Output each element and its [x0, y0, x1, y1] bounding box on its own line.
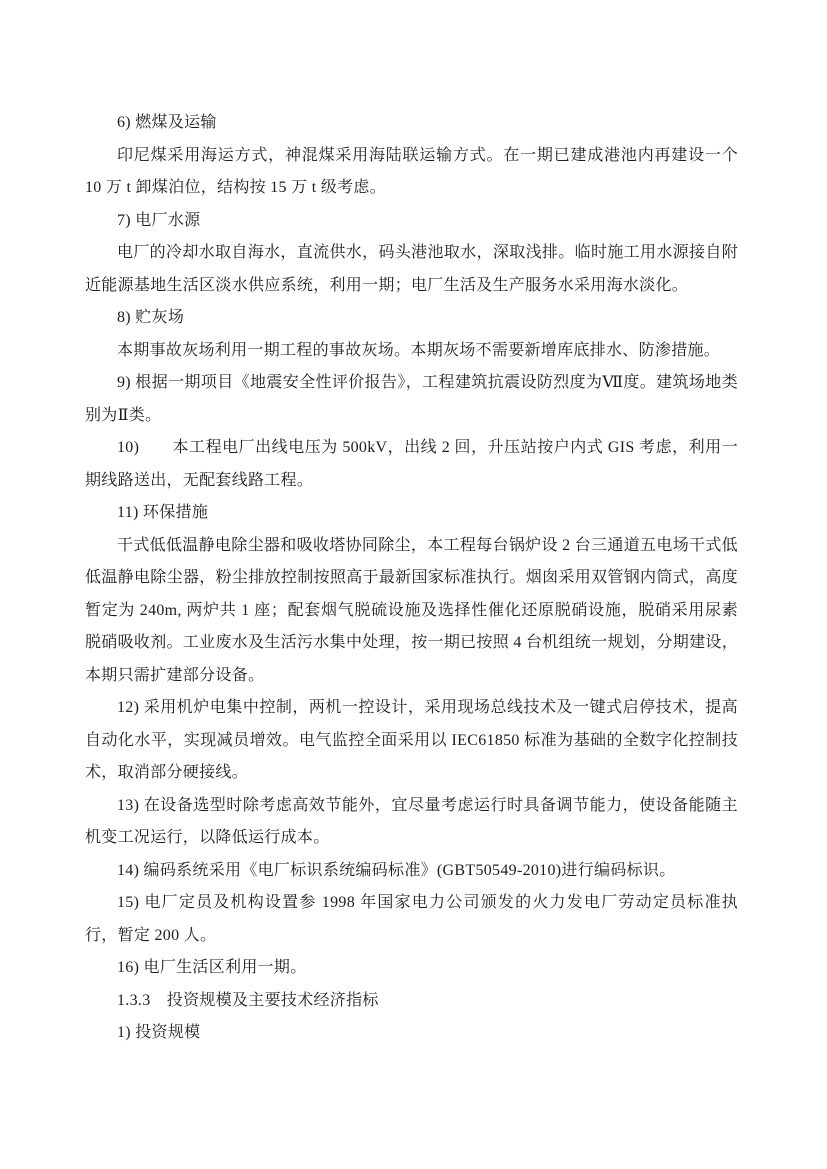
list-item-heading-8: 8) 贮灰场 — [85, 302, 738, 335]
paragraph-fuel-transport: 印尼煤采用海运方式，神混煤采用海陆联运输方式。在一期已建成港池内再建设一个 10… — [85, 140, 738, 205]
paragraph-ash-yard: 本期事故灰场利用一期工程的事故灰场。本期灰场不需要新增库底排水、防渗措施。 — [85, 335, 738, 368]
list-item-10: 10) 本工程电厂出线电压为 500kV，出线 2 回，升压站按户内式 GIS … — [85, 432, 738, 497]
list-item-heading-1: 1) 投资规模 — [85, 1017, 738, 1050]
document-text-block: 6) 燃煤及运输 印尼煤采用海运方式，神混煤采用海陆联运输方式。在一期已建成港池… — [85, 107, 738, 1050]
list-item-heading-7: 7) 电厂水源 — [85, 205, 738, 238]
list-item-15: 15) 电厂定员及机构设置参 1998 年国家电力公司颁发的火力发电厂劳动定员标… — [85, 887, 738, 952]
paragraph-environmental-measures: 干式低低温静电除尘器和吸收塔协同除尘，本工程每台锅炉设 2 台三通道五电场干式低… — [85, 530, 738, 693]
list-item-9: 9) 根据一期项目《地震安全性评价报告》，工程建筑抗震设防烈度为Ⅶ度。建筑场地类… — [85, 367, 738, 432]
list-item-16: 16) 电厂生活区利用一期。 — [85, 952, 738, 985]
list-item-heading-6: 6) 燃煤及运输 — [85, 107, 738, 140]
document-page: 6) 燃煤及运输 印尼煤采用海运方式，神混煤采用海陆联运输方式。在一期已建成港池… — [0, 0, 827, 1169]
list-item-heading-11: 11) 环保措施 — [85, 497, 738, 530]
section-heading-1-3-3: 1.3.3 投资规模及主要技术经济指标 — [85, 985, 738, 1018]
list-item-13: 13) 在设备选型时除考虑高效节能外，宜尽量考虑运行时具备调节能力，使设备能随主… — [85, 790, 738, 855]
list-item-12: 12) 采用机炉电集中控制，两机一控设计，采用现场总线技术及一键式启停技术，提高… — [85, 692, 738, 790]
paragraph-water-source: 电厂的冷却水取自海水，直流供水，码头港池取水，深取浅排。临时施工用水源接自附近能… — [85, 237, 738, 302]
list-item-14: 14) 编码系统采用《电厂标识系统编码标准》(GBT50549-2010)进行编… — [85, 855, 738, 888]
